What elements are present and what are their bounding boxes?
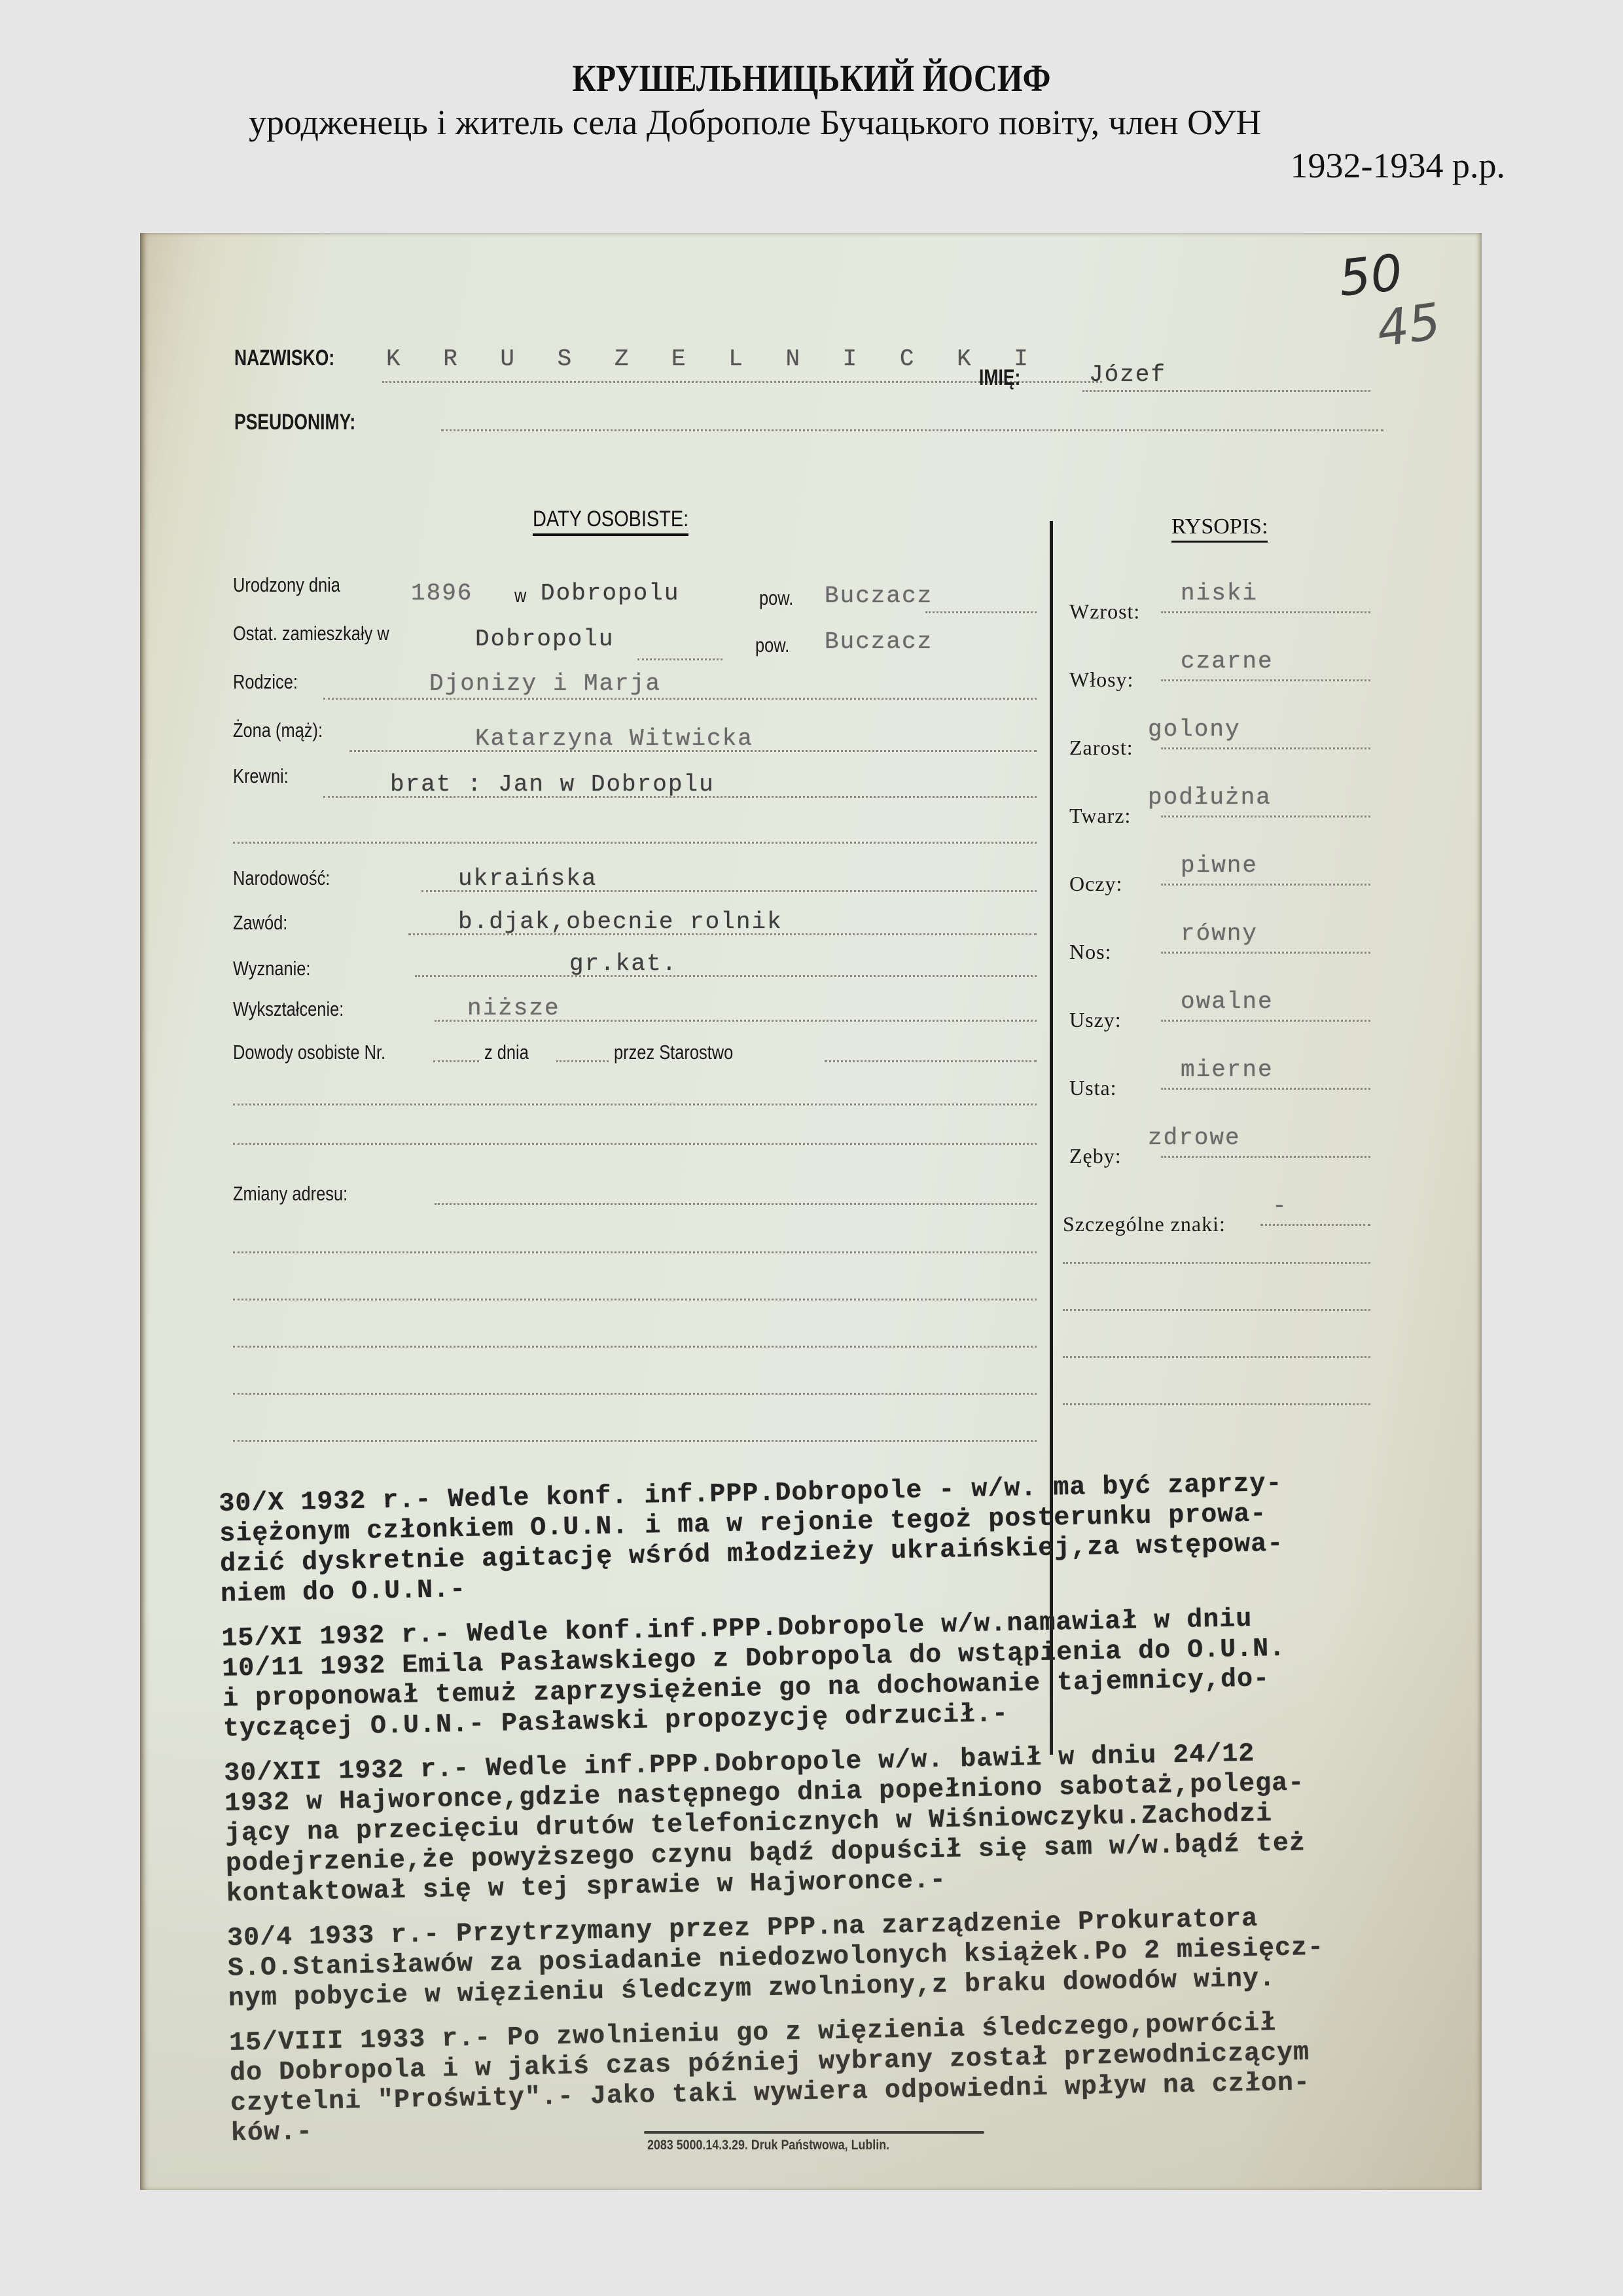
urodzony-place: Dobropolu	[541, 580, 679, 607]
rodzice-line	[323, 698, 1037, 700]
dowody-przez-label: przez Starostwo	[614, 1041, 733, 1064]
ostat-line	[637, 658, 722, 660]
rysopis-value: podłużna	[1148, 784, 1272, 811]
rysopis-line	[1161, 816, 1370, 817]
rysopis-label: Zęby:	[1069, 1144, 1122, 1168]
dowody-line	[825, 1060, 1037, 1062]
wyznanie-value: gr.kat.	[569, 950, 677, 977]
rysopis-label: Szczególne znaki:	[1063, 1212, 1226, 1236]
rysopis-label: Zarost:	[1069, 736, 1133, 760]
rodzice-label: Rodzice:	[233, 670, 298, 694]
wyksztalcenie-label: Wykształcenie:	[233, 997, 344, 1021]
note-entry: 30/XII 1932 r.- Wedle inf.PPP.Dobropole …	[224, 1737, 1391, 1910]
zona-label: Żona (mąż):	[233, 719, 323, 742]
rysopis-value: mierne	[1181, 1056, 1274, 1083]
rysopis-label: Usta:	[1069, 1076, 1117, 1100]
urodzony-w-label: w	[514, 584, 526, 607]
rysopis-extra-line	[1063, 1309, 1370, 1311]
rysopis-value: golony	[1148, 716, 1241, 743]
pseudonimy-label: PSEUDONIMY:	[234, 410, 355, 435]
rysopis-line	[1161, 884, 1370, 886]
narodowosc-value: ukraińska	[458, 865, 597, 892]
rysopis-line	[1161, 747, 1370, 749]
imie-value: Józef	[1089, 361, 1166, 388]
urodzony-date: 1896	[411, 580, 473, 607]
dowody-z-dnia-label: z dnia	[484, 1041, 529, 1064]
imie-line	[1082, 390, 1370, 392]
zona-value: Katarzyna Witwicka	[475, 725, 753, 752]
urodzony-label: Urodzony dnia	[233, 573, 340, 597]
wyksztalcenie-value: niższe	[467, 995, 560, 1022]
note-entry: 30/4 1933 r.- Przytrzymany przez PPP.na …	[227, 1902, 1393, 2015]
dowody-line-2	[233, 1103, 1037, 1105]
ostat-place: Dobropolu	[475, 626, 614, 653]
rysopis-line	[1161, 1088, 1370, 1090]
rysopis-label: Nos:	[1069, 940, 1111, 964]
rysopis-value: owalne	[1181, 988, 1274, 1015]
wyksztalcenie-line	[435, 1020, 1037, 1022]
krewni-line	[323, 796, 1037, 798]
zawod-value: b.djak,obecnie rolnik	[458, 908, 783, 935]
rysopis-extra-line	[1063, 1262, 1370, 1264]
handwritten-number-bottom: 45	[1373, 292, 1444, 359]
urodzony-pow: Buczacz	[825, 583, 933, 609]
rysopis-line	[1161, 611, 1370, 613]
narodowosc-label: Narodowość:	[233, 867, 330, 890]
zmiany-line-1	[435, 1203, 1037, 1205]
rysopis-line	[1161, 1156, 1370, 1158]
zmiany-label: Zmiany adresu:	[233, 1182, 348, 1206]
daty-osobiste-heading: DATY OSOBISTE:	[533, 507, 688, 536]
rysopis-value: niski	[1181, 580, 1258, 607]
rysopis-line	[1161, 679, 1370, 681]
krewni-value: brat : Jan w Dobroplu	[390, 771, 715, 798]
zmiany-line-2	[233, 1251, 1037, 1253]
rysopis-extra-line	[1063, 1356, 1370, 1358]
printer-footer: 2083 5000.14.3.29. Druk Państwowa, Lubli…	[647, 2138, 889, 2153]
wyznanie-line	[415, 975, 1037, 977]
nazwisko-value: K R U S Z E L N I C K I	[386, 346, 1043, 372]
zawod-line	[408, 933, 1037, 935]
rysopis-line	[1161, 1020, 1370, 1022]
ostat-pow-label: pow.	[755, 634, 789, 657]
krewni-line-2	[233, 842, 1037, 844]
registration-card: 50 45 NAZWISKO: K R U S Z E L N I C K I …	[140, 233, 1482, 2190]
dowody-line-3	[233, 1143, 1037, 1145]
pseudonimy-line	[441, 429, 1383, 431]
rysopis-value: zdrowe	[1148, 1124, 1241, 1151]
krewni-label: Krewni:	[233, 764, 289, 788]
imie-label: IMIĘ:	[979, 365, 1020, 391]
rysopis-extra-line	[1063, 1403, 1370, 1405]
zmiany-line-5	[233, 1393, 1037, 1395]
dowody-date-line	[556, 1060, 609, 1062]
wyznanie-label: Wyznanie:	[233, 957, 310, 980]
narodowosc-line	[421, 890, 1037, 892]
rysopis-heading: RYSOPIS:	[1171, 514, 1268, 543]
footer-rule	[644, 2131, 984, 2134]
zmiany-line-3	[233, 1299, 1037, 1300]
page-years: 1932-1934 р.р.	[1291, 145, 1505, 186]
rysopis-value: równy	[1181, 920, 1258, 947]
dowody-nr-line	[433, 1060, 479, 1062]
zmiany-line-6	[233, 1440, 1037, 1442]
intelligence-notes: 30/X 1932 r.- Wedle konf. inf.PPP.Dobrop…	[219, 1467, 1396, 2164]
rysopis-label: Twarz:	[1069, 804, 1131, 828]
rysopis-value: czarne	[1181, 648, 1274, 675]
rysopis-value: -	[1272, 1193, 1288, 1219]
page-subtitle: уродженець і житель села Доброполе Бучац…	[249, 102, 1261, 143]
rodzice-value: Djonizy i Marja	[429, 670, 661, 697]
rysopis-label: Wzrost:	[1069, 600, 1140, 624]
rysopis-label: Włosy:	[1069, 668, 1133, 692]
page-title: КРУШЕЛЬНИЦЬКИЙ ЙОСИФ	[114, 56, 1510, 100]
ostat-label: Ostat. zamieszkały w	[233, 622, 389, 645]
rysopis-line	[1161, 952, 1370, 954]
rysopis-line	[1260, 1224, 1370, 1226]
zmiany-line-4	[233, 1346, 1037, 1348]
dowody-label: Dowody osobiste Nr.	[233, 1041, 385, 1064]
ostat-pow: Buczacz	[825, 628, 933, 655]
urodzony-line	[925, 611, 1037, 613]
note-entry: 30/X 1932 r.- Wedle konf. inf.PPP.Dobrop…	[219, 1467, 1385, 1610]
urodzony-pow-label: pow.	[759, 586, 793, 610]
zawod-label: Zawód:	[233, 911, 287, 935]
note-entry: 15/XI 1932 r.- Wedle konf.inf.PPP.Dobrop…	[221, 1602, 1388, 1745]
zona-line	[349, 750, 1037, 752]
rysopis-label: Oczy:	[1069, 872, 1122, 896]
note-entry: 15/VIII 1933 r.- Po zwolnieniu go z więz…	[229, 2007, 1396, 2149]
nazwisko-label: NAZWISKO:	[234, 346, 334, 371]
rysopis-value: piwne	[1181, 852, 1258, 879]
rysopis-label: Uszy:	[1069, 1008, 1122, 1032]
